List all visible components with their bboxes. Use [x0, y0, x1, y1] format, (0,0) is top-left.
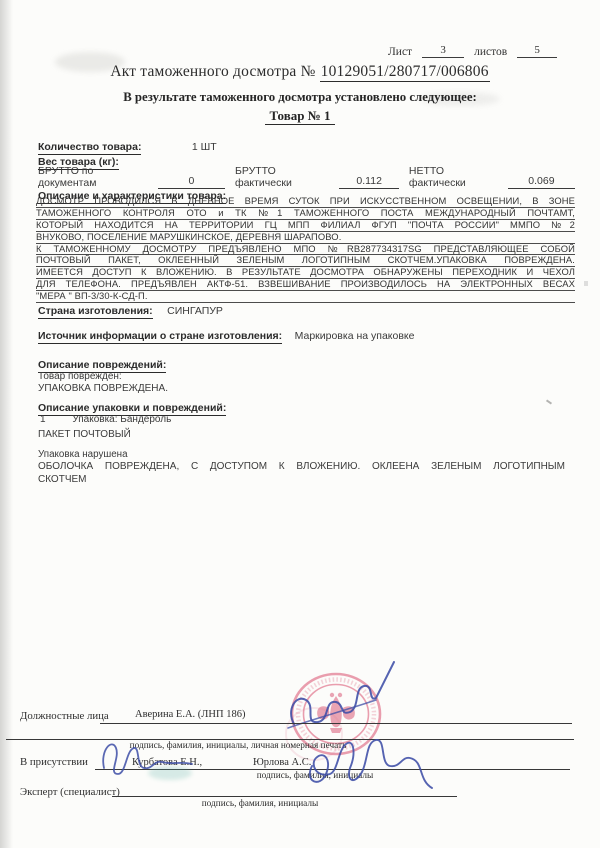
officials-label: Должностные лица [20, 710, 109, 722]
package-name: ПАКЕТ ПОЧТОВЫЙ [38, 429, 131, 440]
net-fact-value: 0.069 [508, 175, 575, 189]
witness-label: В присутствии [20, 756, 88, 768]
sheets-total: 5 [517, 44, 557, 58]
scanned-customs-act-page: Лист 3 листов 5 Акт таможенного досмотра… [0, 0, 600, 848]
country-source-label: Источник информации о стране изготовлени… [38, 330, 282, 344]
document-subtitle: В результате таможенного досмотра устано… [0, 90, 600, 105]
country-label: Страна изготовления: [38, 305, 153, 319]
scan-edge-shadow [0, 0, 13, 848]
sheet-number: 3 [422, 44, 464, 58]
packaging-row: 1 Упаковка: Бандероль [40, 414, 171, 425]
packaging-row-type: Упаковка: Бандероль [72, 414, 171, 425]
item-heading: Товар № 1 [0, 108, 600, 124]
document-title-prefix: Акт таможенного досмотра № [110, 63, 315, 80]
damage-line1: Товар поврежден: [38, 371, 122, 382]
item-heading-text: Товар № 1 [265, 108, 334, 125]
gross-fact-label: БРУТТО фактически [235, 165, 332, 189]
packaging-row-number: 1 [40, 414, 46, 425]
sheet-counter: Лист 3 листов 5 [388, 44, 557, 58]
officials-name: Аверина Е.А. (ЛНП 186) [135, 709, 245, 720]
description-paragraph: ДОСМОТР ПРОВОДИЛСЯ В ДНЕВНОЕ ВРЕМЯ СУТОК… [36, 196, 575, 303]
witness-caption: подпись, фамилия, инициалы [230, 771, 400, 781]
description-line: ТАМОЖЕННОГО КОНТРОЛЯ ОТО и ТК №1 ТАМОЖЕН… [36, 208, 575, 220]
description-line: КОТОРЫЙ НАХОДИТСЯ НА ТЕРРИТОРИИ ГЦ МПП Ф… [36, 220, 575, 232]
package-damage-line1: ОБОЛОЧКА ПОВРЕЖДЕНА, С ДОСТУПОМ К ВЛОЖЕН… [38, 461, 565, 472]
quantity-value: 1 ШТ [192, 141, 217, 153]
document-title: Акт таможенного досмотра № 10129051/2807… [0, 63, 600, 81]
damage-line2: УПАКОВКА ПОВРЕЖДЕНА. [38, 383, 168, 394]
net-fact-label: НЕТТО фактически [409, 165, 500, 189]
country-value: СИНГАПУР [167, 305, 223, 317]
witness-name-2: Юрлова А.С. [253, 757, 311, 768]
scan-speck [584, 281, 588, 286]
sheets-label: листов [474, 46, 507, 58]
witness-name-1: Курбатова Е.Н., [132, 757, 202, 768]
country-source-row: Источник информации о стране изготовлени… [38, 326, 414, 344]
package-damage-line2: СКОТЧЕМ [38, 474, 87, 485]
package-status: Упаковка нарушена [38, 449, 128, 460]
expert-label: Эксперт (специалист) [20, 786, 120, 798]
sheet-label: Лист [388, 46, 412, 58]
expert-caption: подпись, фамилия, инициалы [160, 799, 360, 809]
country-row: Страна изготовления: СИНГАПУР [38, 301, 223, 319]
officials-caption: подпись, фамилия, инициалы, личная номер… [88, 741, 388, 751]
gross-fact-value: 0.112 [339, 175, 398, 189]
document-number: 10129051/280717/006806 [320, 63, 490, 82]
scan-speck [546, 399, 552, 404]
expert-signature-line [112, 782, 457, 797]
officials-second-line [6, 722, 574, 740]
description-line: ВНУКОВО, ПОСЕЛЕНИЕ МАРУШКИНСКОЕ, ДЕРЕВНЯ… [36, 232, 575, 244]
country-source-value: Маркировка на упаковке [295, 330, 415, 342]
